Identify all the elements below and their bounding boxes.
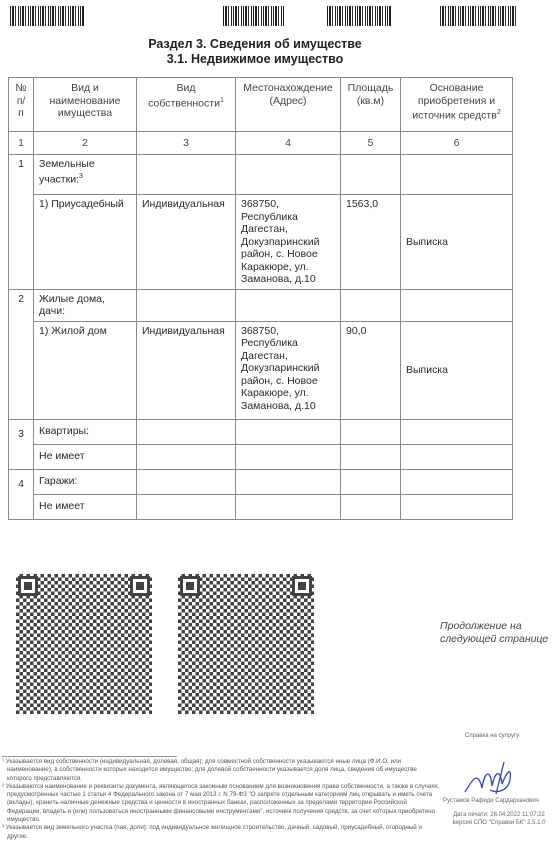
- table-row: 2 Жилые дома, дачи:: [9, 289, 513, 321]
- category-label: Земельные участки:3: [34, 155, 137, 195]
- col-header-address: Местонахождение (Адрес): [236, 78, 341, 132]
- table-row: 3 Квартиры:: [9, 419, 513, 444]
- category-label: Гаражи:: [34, 469, 137, 494]
- col-header-num: № п/п: [9, 78, 34, 132]
- signer-name: Рустамов Рафиди Сардарханович: [443, 798, 539, 804]
- footnote: ³ Указывается вид земельного участка (па…: [2, 824, 442, 841]
- real-estate-table: № п/п Вид и наименование имущества Вид с…: [8, 77, 513, 520]
- print-info: Дата печати: 26.04.2022 11:07:22 версия …: [445, 812, 553, 827]
- footnote-divider: [2, 756, 177, 757]
- page-title: Раздел 3. Сведения об имуществе 3.1. Нед…: [0, 37, 510, 67]
- column-number-row: 1 2 3 4 5 6: [9, 132, 513, 155]
- barcode: [223, 6, 285, 26]
- table-row: 1) Жилой дом Индивидуальная 368750, Респ…: [9, 321, 513, 419]
- col-header-ownership: Вид собственности1: [137, 78, 236, 132]
- footnote: ² Указываются наименование и реквизиты д…: [2, 783, 442, 824]
- footnotes: ¹ Указывается вид собственности (индивид…: [2, 758, 442, 841]
- category-label: Квартиры:: [34, 419, 137, 444]
- signature-icon: [460, 760, 520, 800]
- barcode: [327, 6, 392, 26]
- barcode: [440, 6, 516, 26]
- barcode: [10, 6, 84, 26]
- category-label: Жилые дома, дачи:: [34, 289, 137, 321]
- col-header-area: Площадь (кв.м): [341, 78, 401, 132]
- table-row: 4 Гаражи:: [9, 469, 513, 494]
- qr-code: [16, 574, 152, 714]
- col-header-basis: Основание приобретения и источник средст…: [401, 78, 513, 132]
- footnote: ¹ Указывается вид собственности (индивид…: [2, 758, 442, 783]
- section-title: Раздел 3. Сведения об имуществе: [0, 37, 510, 52]
- continuation-note: Продолжение на следующей странице: [440, 620, 553, 646]
- table-row: Не имеет: [9, 444, 513, 469]
- table-row: Не имеет: [9, 494, 513, 519]
- table-row: 1) Приусадебный Индивидуальная 368750, Р…: [9, 195, 513, 290]
- col-header-name: Вид и наименование имущества: [34, 78, 137, 132]
- spouse-label: Справка на супругу: [465, 733, 519, 739]
- table-row: 1 Земельные участки:3: [9, 155, 513, 195]
- qr-code: [178, 574, 314, 714]
- header-row: № п/п Вид и наименование имущества Вид с…: [9, 78, 513, 132]
- subsection-title: 3.1. Недвижимое имущество: [0, 52, 510, 67]
